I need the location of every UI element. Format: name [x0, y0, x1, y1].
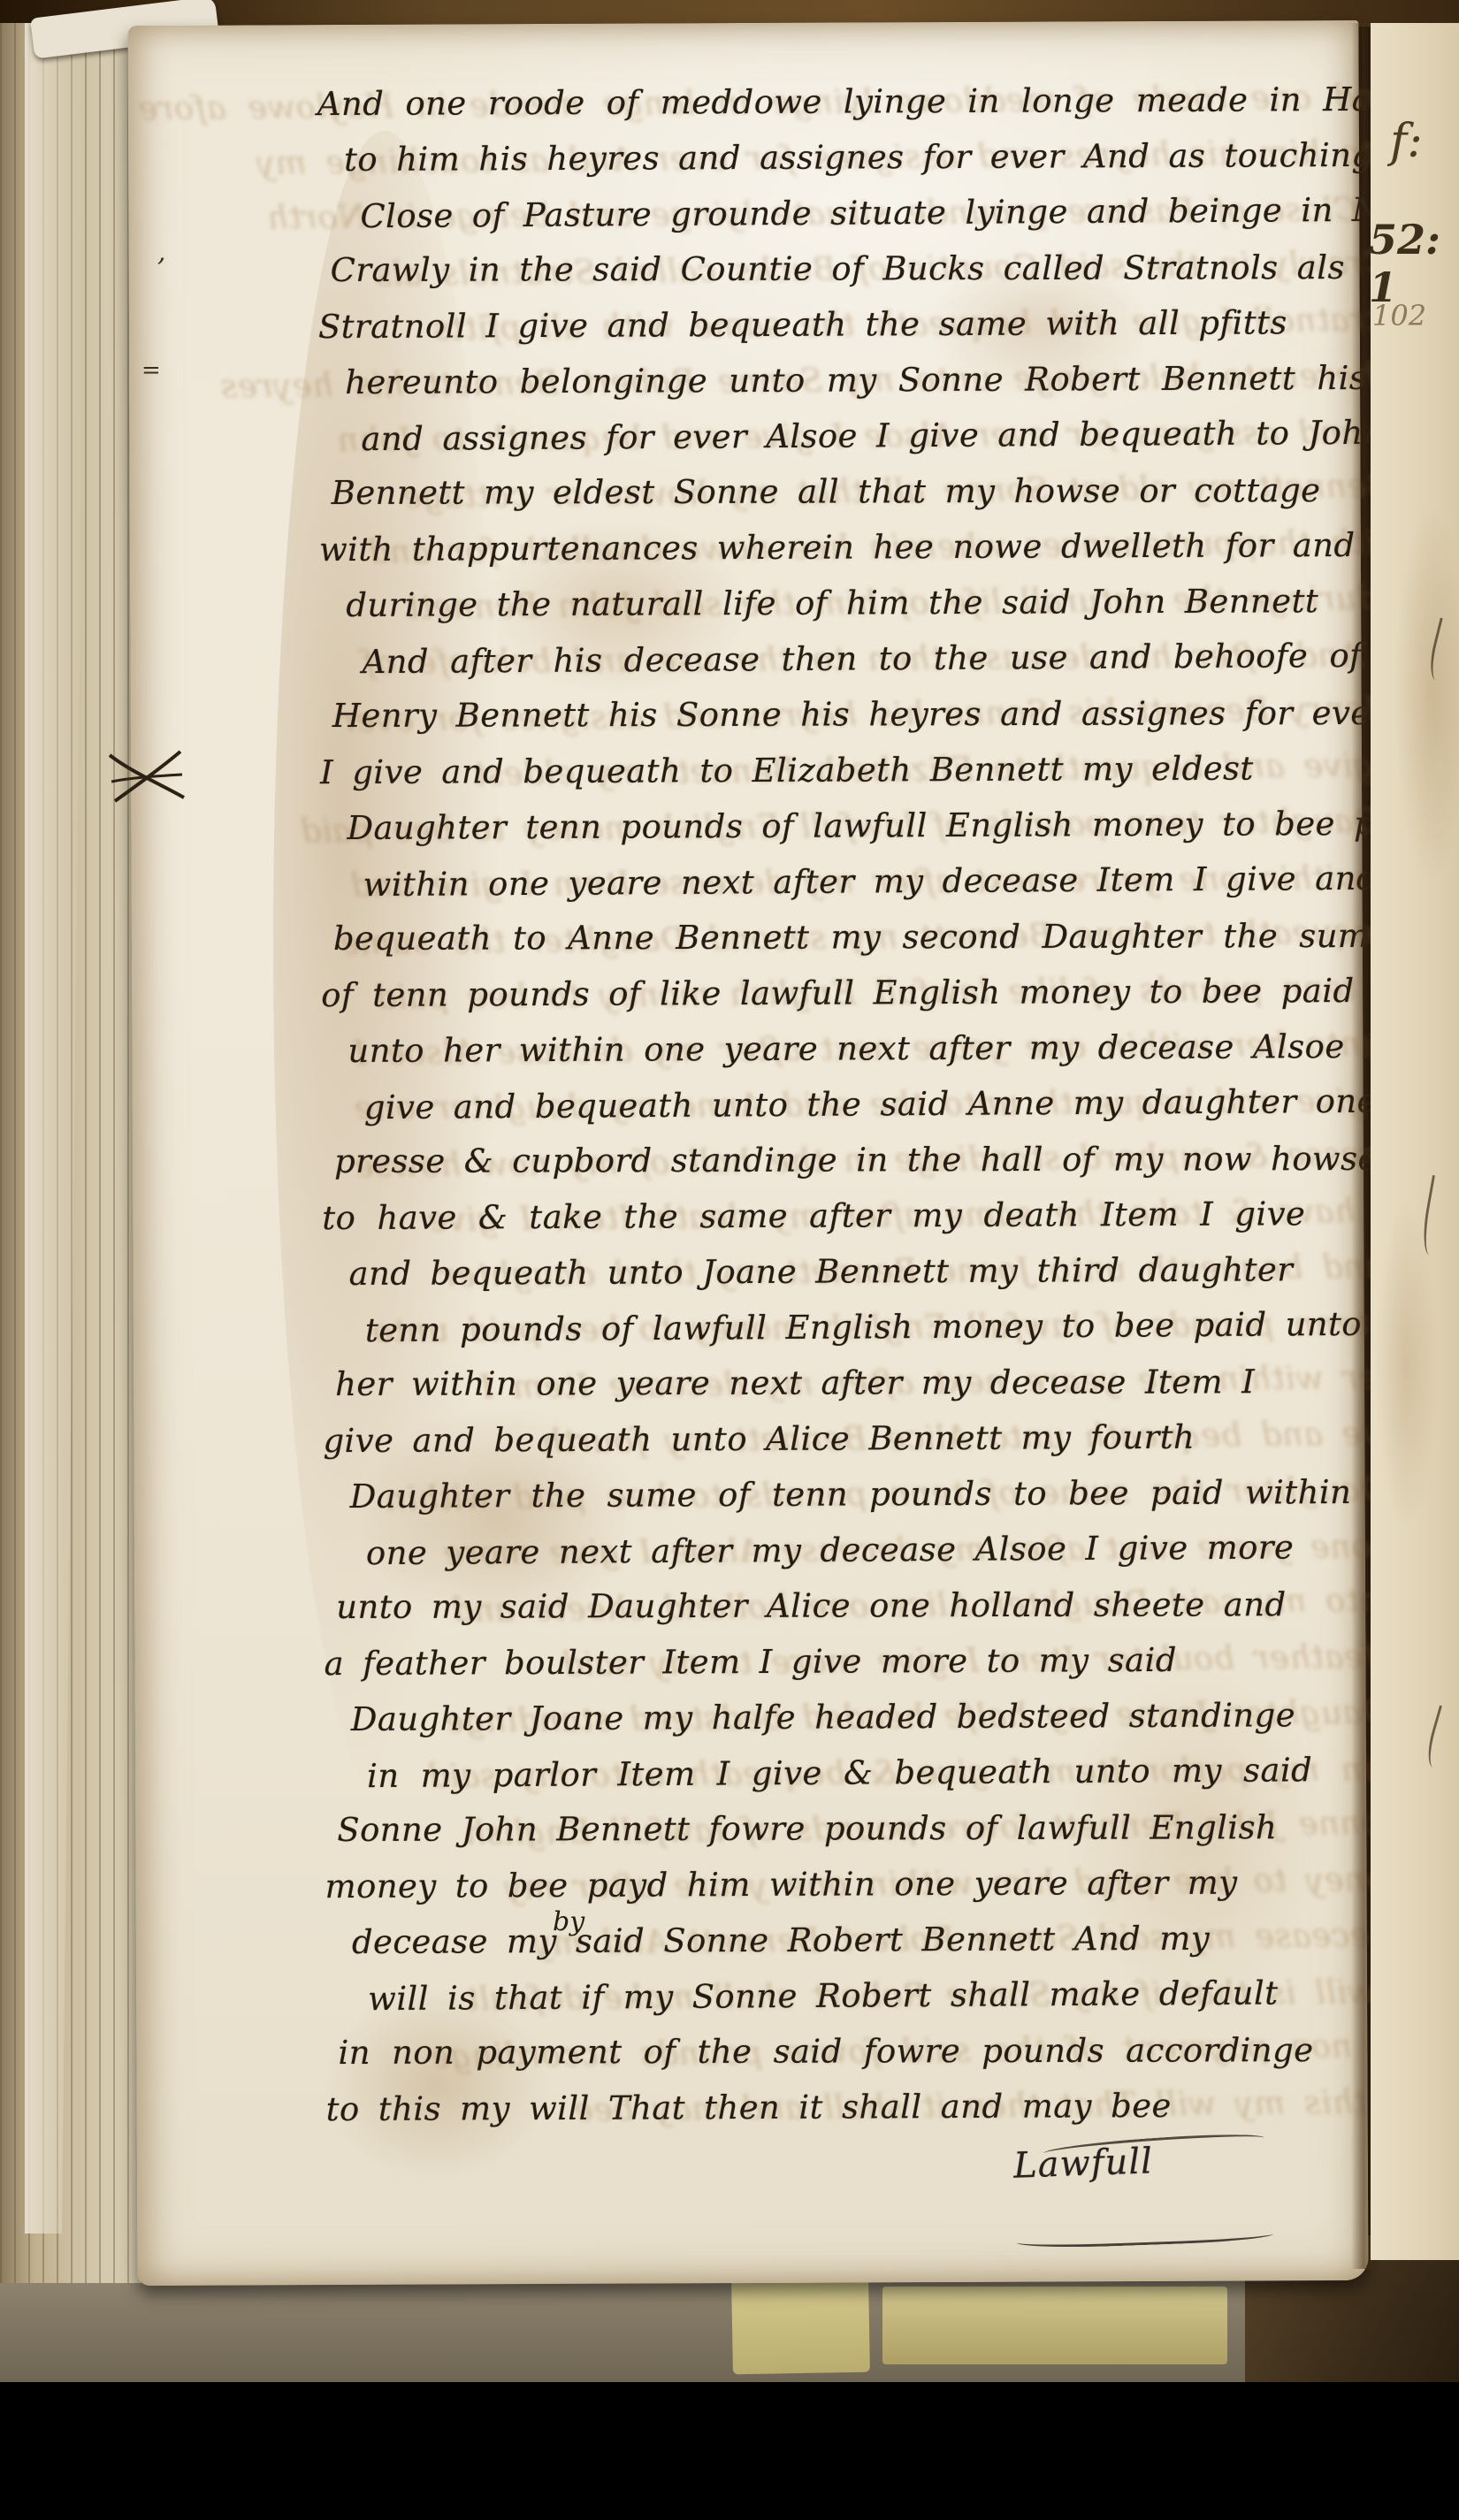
marginal-flourish-icon [106, 746, 186, 808]
text-line: to have & take the same after my death I… [322, 1186, 1409, 1246]
text-line: unto her within one yeare next after my … [348, 1019, 1409, 1079]
text-line: decease my said Sonne Robert Bennett And… [352, 1910, 1413, 1970]
marginal-equals-mark: = [141, 357, 159, 384]
text-line: a feather boulster Item I give more to m… [324, 1631, 1411, 1691]
text-line: presse & cupbord standinge in the hall o… [334, 1131, 1409, 1189]
text-line: will is that if my Sonne Robert shall ma… [368, 1964, 1413, 2027]
adjacent-page-bleedthrough [1371, 23, 1459, 2260]
text-line: Daughter Joane my halfe headed bedsteed … [351, 1687, 1412, 1747]
text-line: to this my will That then it shall and m… [326, 2077, 1414, 2137]
marginal-paraph: f: [1390, 115, 1423, 168]
interlinear-insertion: by [553, 1906, 584, 1937]
text-line: give and bequeath unto Alice Bennett my … [323, 1409, 1410, 1469]
adjacent-page-edge [1371, 23, 1459, 2260]
text-line: and assignes for ever Alsoe I give and b… [361, 405, 1406, 468]
text-line: give and bequeath unto the said Anne my … [364, 1073, 1409, 1135]
text-line: Daughter the sume of tenn pounds to bee … [350, 1464, 1411, 1524]
text-line: money to bee payd him within one yeare a… [325, 1854, 1412, 1914]
marginal-folio-number: 52: 1 [1369, 216, 1459, 311]
marginal-pencil-number: 102 [1372, 299, 1426, 332]
text-line: unto my said Daughter Alice one holland … [336, 1577, 1411, 1635]
text-line: within one yeare next after my decease I… [363, 851, 1408, 913]
text-line: tenn pounds of lawfull English money to … [365, 1295, 1410, 1358]
text-line: And one roode of meddowe lyinge in longe… [317, 72, 1405, 132]
text-line: Close of Pasture grounde situate lyinge … [360, 182, 1405, 245]
manuscript-page: And one roode of meddowe lyinge in longe… [127, 20, 1368, 2286]
text-line: in non payment of the said fowre pounds … [338, 2022, 1413, 2081]
text-line: And after his decease then to the use an… [362, 628, 1407, 691]
text-line: hereunto belonginge unto my Sonne Robert… [345, 350, 1406, 410]
text-line: Henry Bennett his Sonne his heyres and a… [332, 685, 1408, 744]
text-line: I give and bequeath to Elizabeth Bennett… [320, 740, 1408, 800]
black-photo-border [0, 2382, 1459, 2520]
marginal-comma-mark: , [157, 237, 166, 268]
manuscript-photo: And one roode of meddowe lyinge in longe… [0, 0, 1459, 2387]
text-line: Crawly in the said Countie of Bucks call… [331, 240, 1406, 298]
text-line: and bequeath unto Joane Bennett my third… [348, 1241, 1409, 1302]
text-line: Daughter tenn pounds of lawfull English … [347, 796, 1408, 856]
text-line: duringe the naturall life of him the sai… [346, 573, 1407, 633]
text-line: in my parlor Item I give & bequeath unto… [367, 1741, 1412, 1804]
text-line: to him his heyres and assignes for ever … [344, 127, 1405, 187]
text-line: Sonne John Bennett fowre pounds of lawfu… [337, 1799, 1412, 1858]
text-line: with thappurtenances wherein hee nowe dw… [319, 517, 1407, 577]
will-text-block: And one roode of meddowe lyinge in longe… [317, 72, 1414, 2137]
text-line: one yeare next after my decease Alsoe I … [366, 1518, 1411, 1581]
text-line: of tenn pounds of like lawfull English m… [321, 963, 1409, 1023]
text-line: Stratnoll I give and bequeath the same w… [318, 294, 1406, 355]
text-line: Bennett my eldest Sonne all that my hows… [332, 462, 1407, 521]
book-cloth-tie [731, 2277, 870, 2375]
text-line: bequeath to Anne Bennett my second Daugh… [333, 908, 1409, 966]
book-cloth-band [882, 2287, 1227, 2364]
text-line: her within one yeare next after my decea… [335, 1354, 1410, 1412]
